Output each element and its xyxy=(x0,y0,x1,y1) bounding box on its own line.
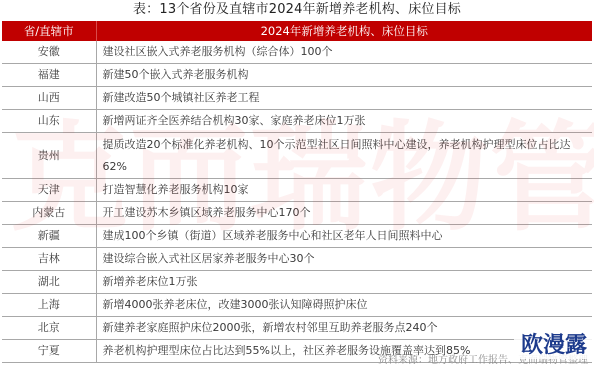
table-row: 北京 新建养老家庭照护床位2000张，新增农村邻里互助养老服务点240个 xyxy=(2,317,592,340)
province-cell: 北京 xyxy=(2,317,96,340)
province-cell: 湖北 xyxy=(2,271,96,294)
province-cell: 宁夏 xyxy=(2,340,96,363)
goal-cell: 建成100个乡镇（街道）区域养老服务中心和社区老年人日间照料中心 xyxy=(96,225,592,248)
province-cell: 山东 xyxy=(2,110,96,133)
table-row: 湖北 新增养老床位1万张 xyxy=(2,271,592,294)
goal-cell: 开工建设苏木乡镇区域养老服务中心170个 xyxy=(96,202,592,225)
table-row: 贵州 提质改造20个标准化养老机构、10个示范型社区日间照料中心建设，养老机构护… xyxy=(2,133,592,179)
province-cell: 上海 xyxy=(2,294,96,317)
province-cell: 山西 xyxy=(2,87,96,110)
province-cell: 安徽 xyxy=(2,41,96,64)
table-row: 吉林 建设综合嵌入式社区居家养老服务中心30个 xyxy=(2,248,592,271)
goal-cell: 新建50个嵌入式养老服务机构 xyxy=(96,64,592,87)
column-header-province: 省/直辖市 xyxy=(2,21,96,41)
province-cell: 天津 xyxy=(2,179,96,202)
table-header-row: 省/直辖市 2024年新增养老机构、床位目标 xyxy=(2,21,592,41)
province-cell: 内蒙古 xyxy=(2,202,96,225)
table-row: 山西 新建改造50个城镇社区养老工程 xyxy=(2,87,592,110)
province-cell: 新疆 xyxy=(2,225,96,248)
table-title: 表：13个省份及直辖市2024年新增养老机构、床位目标 xyxy=(0,2,594,18)
goal-cell: 新增养老床位1万张 xyxy=(96,271,592,294)
province-cell: 贵州 xyxy=(2,133,96,179)
table-row: 天津 打造智慧化养老服务机构10家 xyxy=(2,179,592,202)
table-row: 内蒙古 开工建设苏木乡镇区域养老服务中心170个 xyxy=(2,202,592,225)
table-row: 新疆 建成100个乡镇（街道）区域养老服务中心和社区老年人日间照料中心 xyxy=(2,225,592,248)
goal-cell: 新增4000张养老床位，改建3000张认知障碍照护床位 xyxy=(96,294,592,317)
table-row: 安徽 建设社区嵌入式养老服务机构（综合体）100个 xyxy=(2,41,592,64)
overlay-logo: 欧漫露 xyxy=(514,333,594,359)
table-row: 上海 新增4000张养老床位，改建3000张认知障碍照护床位 xyxy=(2,294,592,317)
table-row: 山东 新增两证齐全医养结合机构30家、家庭养老床位1万张 xyxy=(2,110,592,133)
goal-cell: 建设社区嵌入式养老服务机构（综合体）100个 xyxy=(96,41,592,64)
goal-cell: 新建改造50个城镇社区养老工程 xyxy=(96,87,592,110)
goal-cell: 建设综合嵌入式社区居家养老服务中心30个 xyxy=(96,248,592,271)
goal-cell: 新增两证齐全医养结合机构30家、家庭养老床位1万张 xyxy=(96,110,592,133)
eldercare-goals-table: 省/直辖市 2024年新增养老机构、床位目标 安徽 建设社区嵌入式养老服务机构（… xyxy=(2,21,592,363)
province-cell: 福建 xyxy=(2,64,96,87)
goal-cell: 提质改造20个标准化养老机构、10个示范型社区日间照料中心建设，养老机构护理型床… xyxy=(96,133,592,179)
column-header-goal: 2024年新增养老机构、床位目标 xyxy=(96,21,592,41)
goal-cell: 打造智慧化养老服务机构10家 xyxy=(96,179,592,202)
province-cell: 吉林 xyxy=(2,248,96,271)
table-row: 福建 新建50个嵌入式养老服务机构 xyxy=(2,64,592,87)
